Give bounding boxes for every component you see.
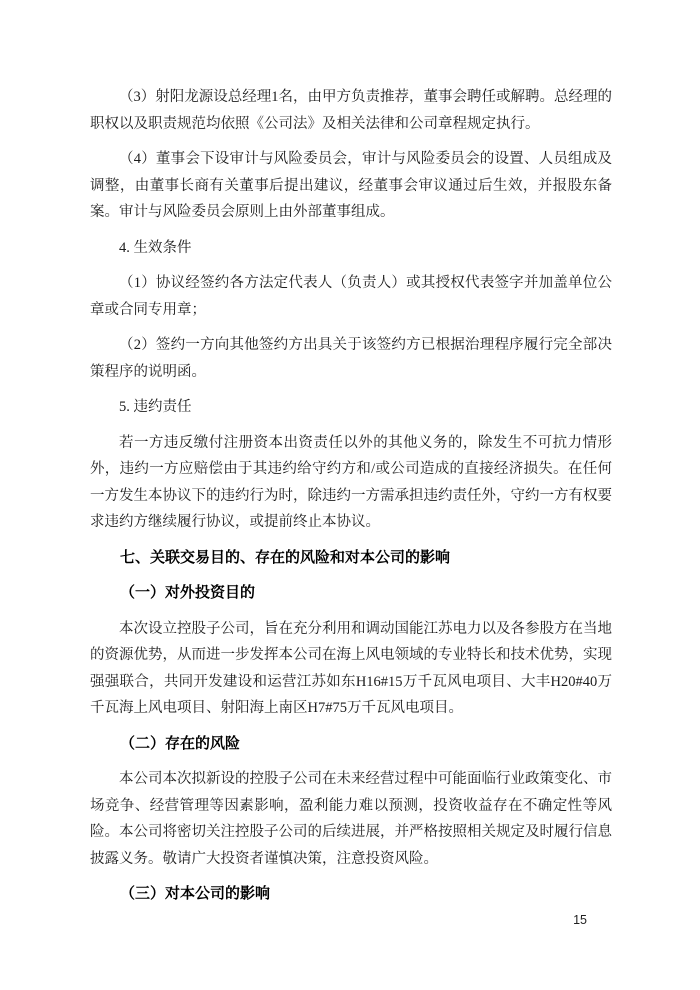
body-paragraph: 本公司本次拟新设的控股子公司在未来经营过程中可能面临行业政策变化、市场竞争、经营…: [90, 766, 612, 872]
subsection-heading: （二）存在的风险: [90, 731, 612, 758]
body-paragraph: （1）协议经签约各方法定代表人（负责人）或其授权代表签字并加盖单位公章或合同专用…: [90, 270, 612, 323]
body-paragraph: （2）签约一方向其他签约方出具关于该签约方已根据治理程序履行完全部决策程序的说明…: [90, 332, 612, 385]
section-heading: 七、关联交易目的、存在的风险和对本公司的影响: [90, 545, 612, 572]
body-paragraph: （4）董事会下设审计与风险委员会，审计与风险委员会的设置、人员组成及调整，由董事…: [90, 146, 612, 226]
numbered-item: 5. 违约责任: [90, 394, 612, 421]
body-paragraph: 本次设立控股子公司，旨在充分利用和调动国能江苏电力以及各参股方在当地的资源优势，…: [90, 616, 612, 722]
subsection-heading: （一）对外投资目的: [90, 580, 612, 607]
numbered-item: 4. 生效条件: [90, 235, 612, 262]
document-body: （3）射阳龙源设总经理1名，由甲方负责推荐，董事会聘任或解聘。总经理的职权以及职…: [90, 84, 612, 917]
page-number: 15: [573, 914, 587, 927]
body-paragraph: （3）射阳龙源设总经理1名，由甲方负责推荐，董事会聘任或解聘。总经理的职权以及职…: [90, 84, 612, 137]
subsection-heading: （三）对本公司的影响: [90, 881, 612, 908]
document-page: （3）射阳龙源设总经理1名，由甲方负责推荐，董事会聘任或解聘。总经理的职权以及职…: [0, 0, 700, 990]
body-paragraph: 若一方违反缴付注册资本出资责任以外的其他义务的，除发生不可抗力情形外，违约一方应…: [90, 430, 612, 536]
